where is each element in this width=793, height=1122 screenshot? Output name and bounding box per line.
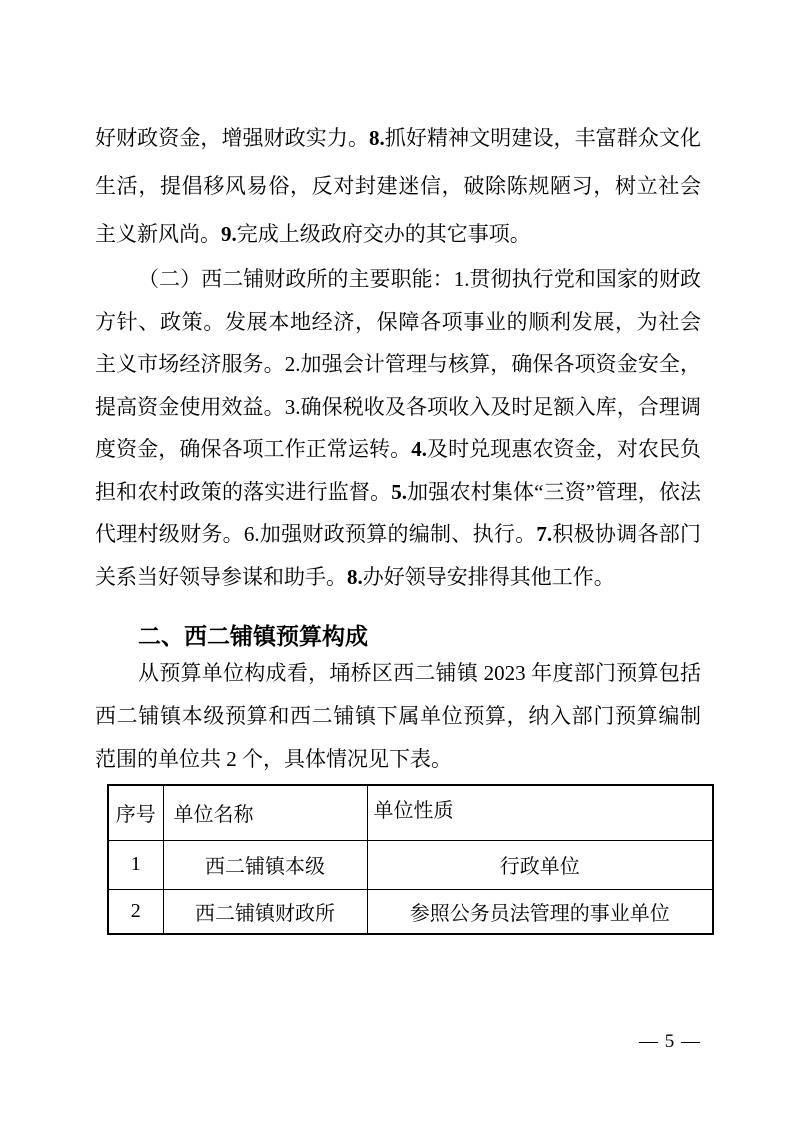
table-header-row: 序号 单位名称 单位性质 (108, 785, 713, 840)
header-cell-unit-name: 单位名称 (163, 785, 367, 840)
paragraph-budget-units-intro: 从预算单位构成看，埇桥区西二铺镇 2023 年度部门预算包括西二铺镇本级预算和西… (95, 652, 701, 781)
header-cell-unit-type: 单位性质 (367, 785, 713, 840)
paragraph-finance-office-duties: （二）西二铺财政所的主要职能：1.贯彻执行党和国家的财政方针、政策。发展本地经济… (95, 258, 701, 598)
section-heading-budget-composition: 二、西二铺镇预算构成 (95, 621, 701, 652)
paragraph-duties-continuation: 好财政资金，增强财政实力。8.抓好精神文明建设，丰富群众文化生活，提倡移风易俗，… (95, 114, 701, 258)
budget-units-table: 序号 单位名称 单位性质 1 西二铺镇本级 行政单位 2 西二铺镇财政所 参照公… (107, 784, 714, 935)
cell-unit-name: 西二铺镇本级 (163, 840, 367, 889)
cell-row-number: 1 (108, 840, 163, 889)
text-run: 办好领导安排得其他工作。 (363, 565, 615, 589)
document-content: 好财政资金，增强财政实力。8.抓好精神文明建设，丰富群众文化生活，提倡移风易俗，… (95, 114, 701, 935)
document-page: 好财政资金，增强财政实力。8.抓好精神文明建设，丰富群众文化生活，提倡移风易俗，… (0, 0, 793, 1122)
text-run: （二）西二铺财政所的主要职能：1.贯彻执行党和国家的财政方针、政策。发展本地经济… (95, 267, 701, 461)
cell-row-number: 2 (108, 889, 163, 934)
header-cell-index: 序号 (108, 785, 163, 840)
bold-number: 5. (391, 480, 407, 504)
bold-number: 4. (411, 437, 427, 461)
cell-unit-type: 参照公务员法管理的事业单位 (367, 889, 713, 934)
bold-number: 8. (347, 565, 363, 589)
text-run: 好财政资金，增强财政实力。 (95, 126, 369, 150)
page-number: — 5 — (639, 1031, 701, 1053)
bold-number: 7. (536, 522, 552, 546)
bold-number: 9. (221, 222, 237, 246)
heading-regular-part: 预算构成 (276, 624, 368, 649)
table-row: 2 西二铺镇财政所 参照公务员法管理的事业单位 (108, 889, 713, 934)
bold-number: 8. (369, 126, 385, 150)
heading-bold-part: 二、西二铺镇 (138, 623, 276, 649)
cell-unit-type: 行政单位 (367, 840, 713, 889)
text-run: 完成上级政府交办的其它事项。 (237, 222, 531, 246)
cell-unit-name: 西二铺镇财政所 (163, 889, 367, 934)
table-row: 1 西二铺镇本级 行政单位 (108, 840, 713, 889)
